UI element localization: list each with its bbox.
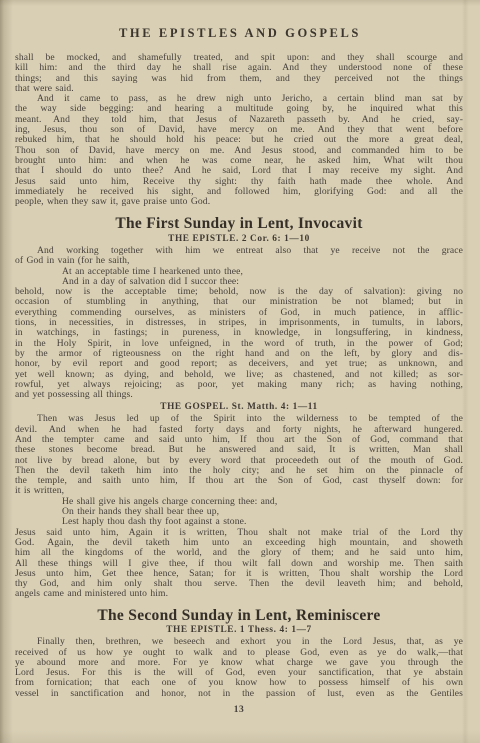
section-first-sunday-epistle: And working together with him we entreat… bbox=[15, 246, 463, 400]
page-number: 13 bbox=[15, 705, 463, 715]
book-page-scan: THE EPISTLES AND GOSPELS shall be mocked… bbox=[0, 0, 480, 743]
epistle-caption-second-sunday: THE EPISTLE. 1 Thess. 4: 1—7 bbox=[15, 625, 463, 636]
page-text-block: shall be mocked, and shamefully treated,… bbox=[0, 53, 480, 715]
text-line: the temple, and saith unto him, If thou … bbox=[15, 476, 463, 486]
section-first-sunday-gospel: Then was Jesus led up of the Spirit into… bbox=[15, 414, 463, 599]
page-header-title: THE EPISTLES AND GOSPELS bbox=[0, 0, 480, 40]
text-line: Finally then, brethren, we beseech and e… bbox=[15, 637, 463, 647]
text-line: angels came and ministered unto him. bbox=[15, 589, 463, 599]
text-line: of God in vain (for he saith, bbox=[15, 256, 463, 266]
text-line: and yet possessing all things. bbox=[15, 390, 463, 400]
text-line: things; and this saying was hid from the… bbox=[15, 74, 463, 84]
section-heading-first-sunday-lent: The First Sunday in Lent, Invocavit bbox=[15, 215, 463, 232]
text-line: vessel in sanctification and honor, not … bbox=[15, 689, 463, 699]
epistle-caption-first-sunday: THE EPISTLE. 2 Cor. 6: 1—10 bbox=[15, 234, 463, 245]
section-heading-second-sunday-lent: The Second Sunday in Lent, Reminiscere bbox=[15, 607, 463, 624]
section-gospel-continuation: shall be mocked, and shamefully treated,… bbox=[15, 53, 463, 207]
gospel-caption-first-sunday: THE GOSPEL. St. Matth. 4: 1—11 bbox=[15, 402, 463, 413]
section-second-sunday-epistle: Finally then, brethren, we beseech and e… bbox=[15, 637, 463, 699]
text-line: people, when they saw it, gave praise un… bbox=[15, 197, 463, 207]
text-line: honor, by evil report and good report; a… bbox=[15, 359, 463, 369]
